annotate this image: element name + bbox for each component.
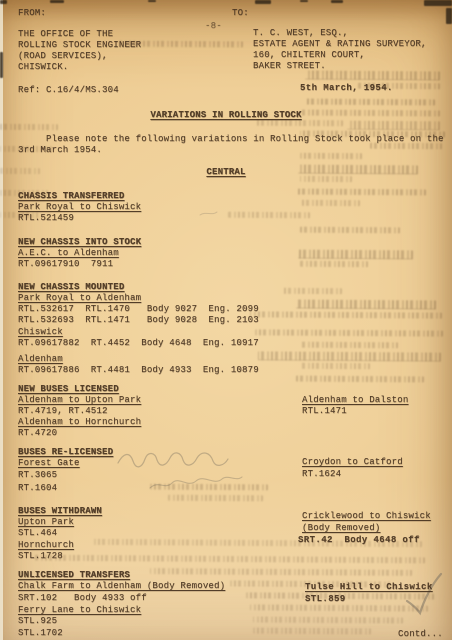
bleed-through-text (0, 212, 38, 218)
row-rt09617882: RT.09617882 RT.4452 Body 4648 Eng. 10917 (18, 338, 259, 348)
route-chalk-farm-aldenham: Chalk Farm to Aldenham (Body Removed) (18, 581, 225, 591)
section-new-chassis-into-stock: NEW CHASSIS INTO STOCK (18, 237, 141, 247)
bleed-through-text (230, 580, 390, 587)
route-chiswick: Chiswick (18, 327, 63, 337)
recipient-line-4: BAKER STREET. (253, 61, 326, 71)
route-ferry-lane-chiswick: Ferry Lane to Chiswick (18, 605, 141, 615)
bleed-through-text (300, 200, 360, 206)
scan-edge-strip (0, 0, 3, 640)
fleet-rt4719: RT.4719, RT.4512 (18, 406, 108, 416)
fleet-rt09617910: RT.09617910 7911 (18, 259, 113, 269)
bleed-through-text (305, 99, 435, 106)
bleed-through-text (253, 628, 371, 635)
fleet-rt4720: RT.4720 (18, 428, 57, 438)
scan-edge-artifact (50, 0, 64, 3)
bleed-through-text (92, 539, 422, 547)
fleet-stl925: STL.925 (18, 616, 57, 626)
bleed-through-text (255, 329, 443, 336)
bleed-through-text (300, 261, 368, 267)
sender-line-1: THE OFFICE OF THE (18, 29, 113, 39)
bleed-through-text (255, 120, 343, 127)
bleed-through-text (246, 592, 434, 599)
bleed-through-text (0, 190, 48, 196)
route-aldenham-upton-park: Aldenham to Upton Park (18, 395, 141, 405)
fleet-rt1624: RT.1624 (302, 469, 341, 479)
fleet-rt3065: RT.3065 (18, 470, 57, 480)
scan-edge-artifact (300, 0, 308, 2)
bleed-through-text (298, 250, 413, 260)
row-srt102: SRT.102 Body 4933 off (18, 593, 147, 603)
from-label: FROM: (18, 8, 46, 18)
sender-line-4: CHISWICK. (18, 62, 68, 72)
bleed-through-text (298, 165, 418, 175)
route-cricklewood-chiswick: Cricklewood to Chiswick (302, 511, 431, 521)
bleed-through-text (118, 41, 243, 48)
route-park-royal-aldenham: Park Royal to Aldenham (18, 293, 141, 303)
scan-edge-artifact (255, 0, 271, 4)
bleed-through-text (300, 110, 440, 117)
bleed-through-text (300, 363, 370, 369)
reference: Ref: C.16/4/MS.304 (18, 85, 119, 95)
scanned-memo-page: FROM:TO:-8-THE OFFICE OF THEROLLING STOC… (0, 0, 452, 640)
bleed-through-text (0, 146, 52, 152)
route-park-royal-chiswick: Park Royal to Chiswick (18, 202, 141, 212)
bleed-through-text (150, 568, 412, 576)
bleed-through-text (250, 311, 442, 318)
route-upton-park: Upton Park (18, 517, 74, 527)
scan-edge-artifact (331, 0, 343, 3)
scan-edge-artifact (0, 52, 3, 78)
row-rtl532617: RTL.532617 RTL.1470 Body 9027 Eng. 2099 (18, 304, 259, 314)
fleet-rtl1471: RTL.1471 (302, 406, 347, 416)
recipient-line-2: ESTATE AGENT & RATING SURVEYOR, (253, 39, 427, 49)
route-aec-aldenham: A.E.C. to Aldenham (18, 248, 119, 258)
bleed-through-text (358, 83, 440, 90)
continued-note: Contd... (398, 629, 443, 639)
section-unlicensed-transfers: UNLICENSED TRANSFERS (18, 570, 130, 580)
sender-line-3: (ROAD SERVICES), (18, 51, 108, 61)
section-new-buses-licensed: NEW BUSES LICENSED (18, 384, 119, 394)
section-buses-relicensed: BUSES RE-LICENSED (18, 447, 113, 457)
route-forest-gate: Forest Gate (18, 458, 80, 468)
bleed-through-text (258, 351, 441, 361)
scan-edge-artifact (148, 0, 156, 2)
bleed-through-text (296, 189, 426, 196)
bleed-through-text (282, 288, 342, 294)
fleet-rt1604: RT.1604 (18, 483, 57, 493)
row-rtl532693: RTL.532693 RTL.1471 Body 9028 Eng. 2103 (18, 315, 259, 325)
fleet-stl1702: STL.1702 (18, 628, 63, 638)
bleed-through-text (300, 130, 445, 137)
pencil-scribble-1 (118, 453, 228, 467)
scan-edge-artifact (424, 0, 452, 6)
route-aldenham-dalston: Aldenham to Dalston (302, 395, 408, 405)
body-removed-note: (Body Removed) (302, 523, 380, 533)
bleed-through-text (253, 616, 403, 623)
bleed-through-text (300, 153, 362, 159)
pencil-scribble-3 (200, 212, 217, 215)
page-number: -8- (205, 21, 222, 31)
route-hornchurch: Hornchurch (18, 540, 74, 550)
bleed-through-text (305, 71, 440, 81)
route-aldenham-hornchurch: Aldenham to Hornchurch (18, 417, 141, 427)
bleed-through-text (347, 121, 440, 131)
bleed-through-text (300, 227, 400, 234)
scan-edge-artifact (446, 8, 452, 24)
recipient-line-3: 160, CHILTERN COURT, (253, 50, 365, 60)
section-new-chassis-mounted: NEW CHASSIS MOUNTED (18, 282, 124, 292)
bleed-through-text (228, 212, 310, 219)
bleed-through-text (35, 555, 425, 564)
bleed-through-text (250, 604, 428, 611)
bleed-through-text (0, 124, 58, 130)
bleed-through-text (370, 143, 442, 150)
bleed-through-text (296, 376, 424, 383)
to-label: TO: (232, 8, 249, 18)
fleet-stl464: STL.464 (18, 528, 57, 538)
bleed-through-text (296, 300, 436, 310)
section-buses-withdrawn: BUSES WITHDRAWN (18, 506, 102, 516)
route-aldenham: Aldenham (18, 354, 63, 364)
bleed-through-text (150, 484, 268, 491)
bleed-through-text (300, 342, 398, 349)
recipient-line-1: T. C. WEST, ESQ., (253, 28, 348, 38)
bleed-through-text (0, 168, 40, 174)
scan-edge-artifact (0, 0, 7, 4)
row-rt09617886: RT.09617886 RT.4481 Body 4933 Eng. 10879 (18, 365, 259, 375)
route-croydon-catford: Croydon to Catford (302, 457, 403, 467)
bleed-through-text (300, 176, 352, 182)
bleed-through-text (168, 495, 263, 502)
